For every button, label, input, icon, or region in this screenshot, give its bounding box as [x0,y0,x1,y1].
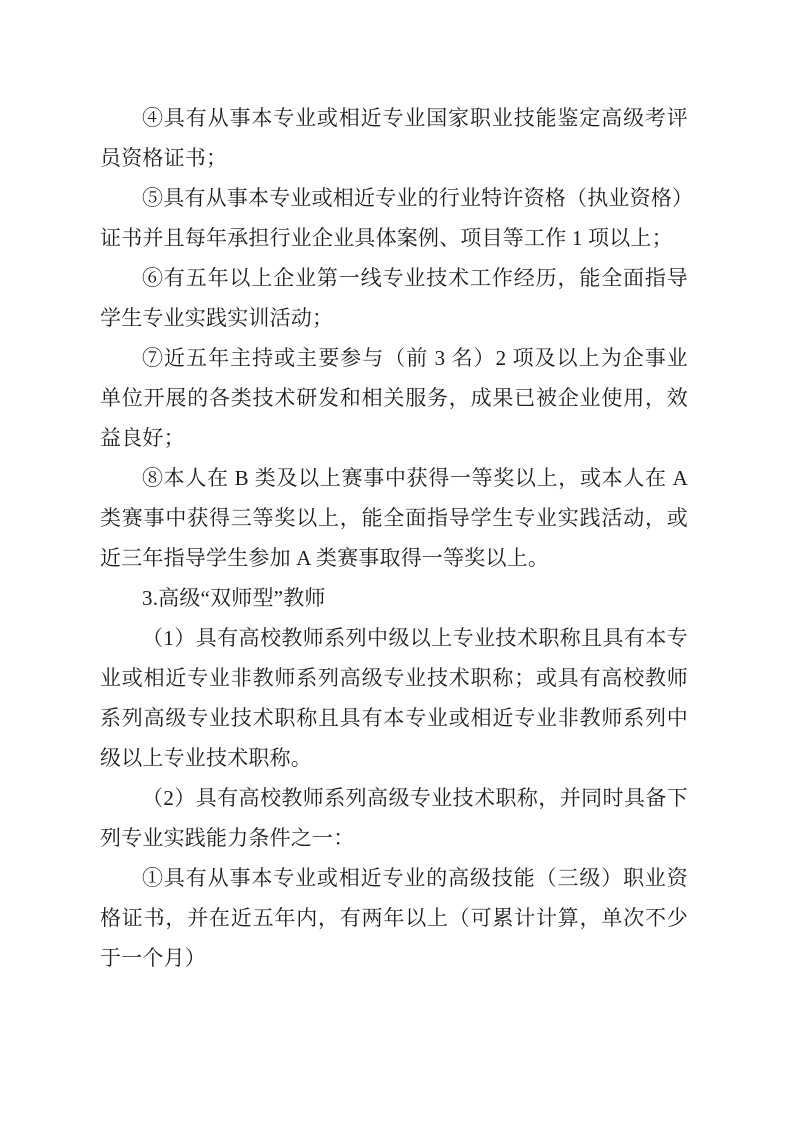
text-line: 员资格证书； [100,138,688,178]
text-line: ⑥有五年以上企业第一线专业技术工作经历，能全面指导 [100,258,688,298]
text-line: 学生专业实践实训活动； [100,298,688,338]
text-line: （2）具有高校教师系列高级专业技术职称，并同时具备下 [100,778,688,818]
list-item-circled-8: ⑧本人在 B 类及以上赛事中获得一等奖以上，或本人在 A 类赛事中获得三等奖以上… [100,458,688,578]
text-line: 格证书，并在近五年内，有两年以上（可累计计算，单次不少 [100,898,688,938]
heading-line: 3.高级“双师型”教师 [100,578,688,618]
list-item-paren-1: （1）具有高校教师系列中级以上专业技术职称且具有本专 业或相近专业非教师系列高级… [100,618,688,778]
section-heading-3: 3.高级“双师型”教师 [100,578,688,618]
text-line: ⑧本人在 B 类及以上赛事中获得一等奖以上，或本人在 A [100,458,688,498]
document-page: ④具有从事本专业或相近专业国家职业技能鉴定高级考评 员资格证书； ⑤具有从事本专… [0,0,793,1122]
text-line: 级以上专业技术职称。 [100,738,688,778]
list-item-paren-2: （2）具有高校教师系列高级专业技术职称，并同时具备下 列专业实践能力条件之一： [100,778,688,858]
text-line: 列专业实践能力条件之一： [100,818,688,858]
text-line: ⑤具有从事本专业或相近专业的行业特许资格（执业资格） [100,178,688,218]
text-line: 系列高级专业技术职称且具有本专业或相近专业非教师系列中 [100,698,688,738]
text-line: 于一个月） [100,938,688,978]
text-line: 单位开展的各类技术研发和相关服务，成果已被企业使用，效 [100,378,688,418]
text-line: ⑦近五年主持或主要参与（前 3 名）2 项及以上为企事业 [100,338,688,378]
text-line: 业或相近专业非教师系列高级专业技术职称；或具有高校教师 [100,658,688,698]
text-line: 益良好； [100,418,688,458]
list-item-circled-7: ⑦近五年主持或主要参与（前 3 名）2 项及以上为企事业 单位开展的各类技术研发… [100,338,688,458]
list-item-circled-6: ⑥有五年以上企业第一线专业技术工作经历，能全面指导 学生专业实践实训活动； [100,258,688,338]
text-line: ①具有从事本专业或相近专业的高级技能（三级）职业资 [100,858,688,898]
text-line: 证书并且每年承担行业企业具体案例、项目等工作 1 项以上； [100,218,688,258]
list-item-circled-4: ④具有从事本专业或相近专业国家职业技能鉴定高级考评 员资格证书； [100,98,688,178]
text-block: ④具有从事本专业或相近专业国家职业技能鉴定高级考评 员资格证书； ⑤具有从事本专… [100,98,688,978]
text-line: （1）具有高校教师系列中级以上专业技术职称且具有本专 [100,618,688,658]
text-line: 类赛事中获得三等奖以上，能全面指导学生专业实践活动，或 [100,498,688,538]
list-item-circled-5: ⑤具有从事本专业或相近专业的行业特许资格（执业资格） 证书并且每年承担行业企业具… [100,178,688,258]
list-item-circled-1: ①具有从事本专业或相近专业的高级技能（三级）职业资 格证书，并在近五年内，有两年… [100,858,688,978]
text-line: ④具有从事本专业或相近专业国家职业技能鉴定高级考评 [100,98,688,138]
text-line: 近三年指导学生参加 A 类赛事取得一等奖以上。 [100,538,688,578]
